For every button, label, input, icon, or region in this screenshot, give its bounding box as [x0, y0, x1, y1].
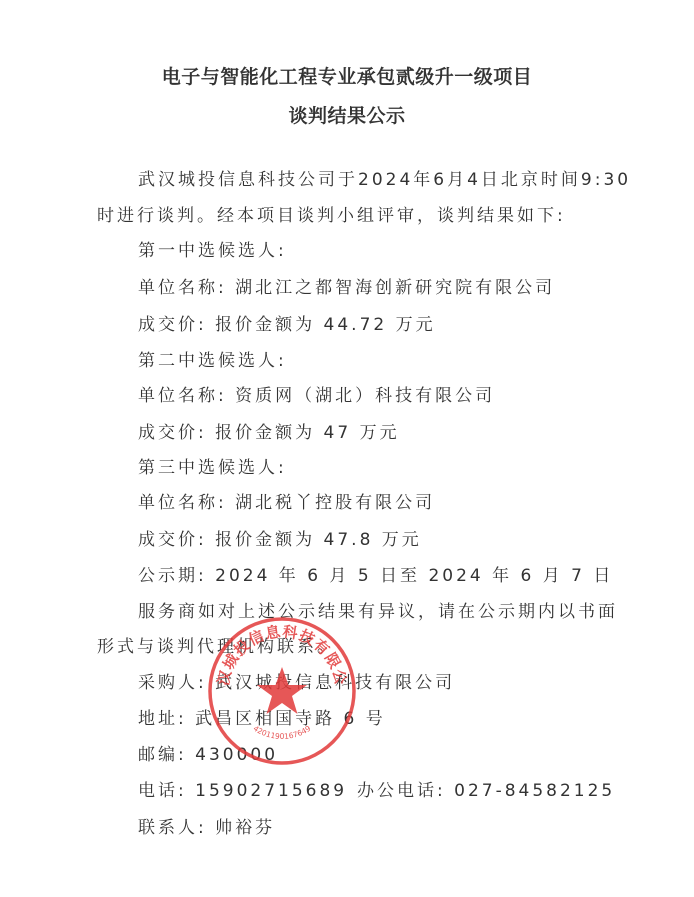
document-title-line2: 谈判结果公示: [0, 101, 694, 128]
candidate2-unit: 单位名称: 资质网（湖北）科技有限公司: [138, 385, 495, 407]
candidate3-price: 成交价: 报价金额为 47.8 万元: [138, 529, 422, 551]
objection-line1: 服务商如对上述公示结果有异议，请在公示期内以书面: [138, 601, 618, 623]
publicity-period: 公示期: 2024 年 6 月 5 日至 2024 年 6 月 7 日: [138, 565, 613, 587]
candidate3-unit: 单位名称: 湖北税丫控股有限公司: [138, 492, 435, 514]
purchaser: 采购人: 武汉城投信息科技有限公司: [138, 672, 455, 694]
contact-person: 联系人: 帅裕芬: [138, 817, 275, 839]
address: 地址: 武昌区相国寺路 6 号: [138, 708, 386, 730]
document-title-line1: 电子与智能化工程专业承包贰级升一级项目: [0, 62, 694, 89]
objection-line2: 形式与谈判代理机构联系。: [97, 636, 337, 658]
intro-line2: 时进行谈判。经本项目谈判小组评审，谈判结果如下:: [97, 205, 566, 227]
postcode: 邮编: 430000: [138, 744, 278, 766]
candidate2-heading: 第二中选候选人:: [138, 350, 287, 372]
candidate2-price: 成交价: 报价金额为 47 万元: [138, 422, 400, 444]
office-phone: 办公电话: 027-84582125: [357, 780, 615, 802]
candidate1-heading: 第一中选候选人:: [138, 240, 287, 262]
candidate3-heading: 第三中选候选人:: [138, 457, 287, 479]
phone: 电话: 15902715689: [138, 780, 347, 802]
intro-line1: 武汉城投信息科技公司于2024年6月4日北京时间9:30: [138, 169, 631, 191]
candidate1-price: 成交价: 报价金额为 44.72 万元: [138, 314, 436, 336]
candidate1-unit: 单位名称: 湖北江之都智海创新研究院有限公司: [138, 277, 555, 299]
